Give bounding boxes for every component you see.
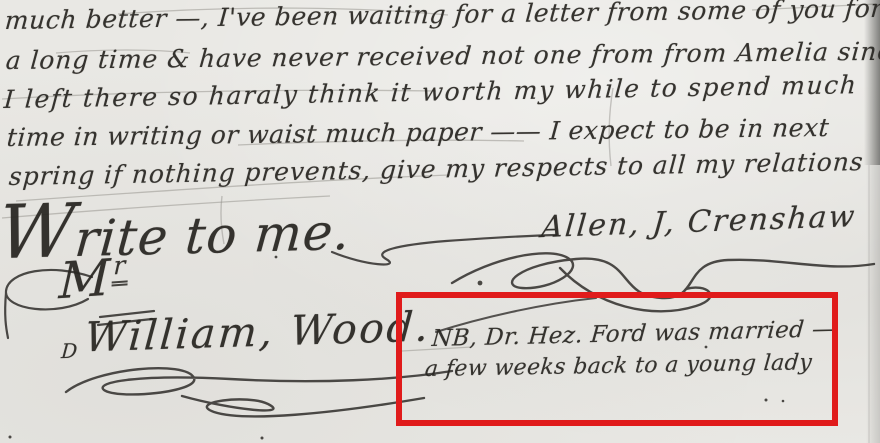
annotation-highlight-box (396, 292, 838, 426)
letter-page: much better —, I've been waiting for a l… (0, 0, 880, 443)
letter-line-4: time in writing or waist much paper —— I… (6, 113, 830, 152)
write-to-me-text: Write to me. (0, 181, 354, 276)
addressee-title-m: M (58, 248, 111, 310)
addressee-title-r-superscript: r (112, 250, 129, 286)
signature-allen-j-crenshaw: Allen, J, Crenshaw (540, 199, 858, 245)
wood-flourish (66, 368, 452, 416)
letter-line-2: a long time & have never received not on… (5, 37, 880, 75)
addressee-name-william-wood: DWilliam, Wood. (60, 302, 432, 362)
letter-line-5: spring if nothing prevents, give my resp… (8, 147, 865, 191)
letter-line-1: much better —, I've been waiting for a l… (4, 0, 880, 35)
scan-edge-shadow-bottom (866, 165, 880, 443)
addressee-name-text: William, Wood. (83, 302, 433, 361)
addressee-title-mr: Mr (58, 247, 127, 310)
addressee-name-prefix: D (60, 338, 80, 363)
lead-in-swash (332, 235, 556, 264)
scan-edge-shadow-top (864, 0, 880, 165)
letter-line-3: I left there so haraly think it worth my… (3, 70, 859, 114)
